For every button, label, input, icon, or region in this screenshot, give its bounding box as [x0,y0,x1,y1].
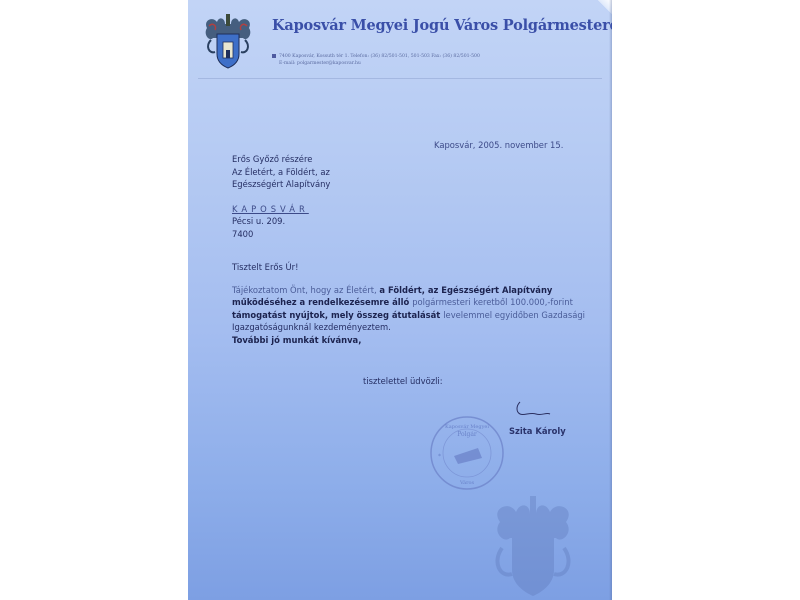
official-stamp-icon: Kaposvár Megyei Polgár Város * [428,414,506,492]
letter-page: Kaposvár Megyei Jogú Város Polgármestere… [188,0,612,600]
svg-text:Polgár: Polgár [457,431,477,438]
letter-date: Kaposvár, 2005. november 15. [434,140,563,150]
organization-title: Kaposvár Megyei Jogú Város Polgármestere [272,17,612,34]
handwritten-signature-icon [514,400,554,420]
closing-line: tisztelettel üdvözli: [363,376,443,386]
svg-text:*: * [438,453,441,460]
salutation: Tisztelt Erős Úr! [232,262,298,272]
recipient-city: KAPOSVÁR [232,203,309,216]
header-divider [198,78,602,79]
recipient-zip: 7400 [232,228,330,241]
body-text: levelemmel egyidőben Gazdasági [443,310,585,320]
coat-of-arms-icon [203,12,253,70]
body-text: működéséhez a rendelkezésemre álló [232,297,412,307]
body-text: További jó munkát kívánva, [232,335,361,345]
address-line: 7400 Kaposvár, Kossuth tér 1. Telefon: (… [279,54,480,59]
body-text: Igazgatóságunknál kezdeményeztem. [232,322,391,332]
recipient-street: Pécsi u. 209. [232,215,330,228]
body-text: a Földért, az Egészségért Alapítvány [379,285,552,295]
body-text: polgármesteri keretből 100.000,-forint [412,297,573,307]
coat-of-arms-watermark-icon [490,492,576,600]
recipient-org-line2: Egészségért Alapítvány [232,178,330,191]
page-edge-shadow [609,0,612,600]
bullet-icon [272,54,276,58]
svg-text:Város: Város [459,479,475,486]
body-text: támogatást nyújtok, mely összeg átutalás… [232,310,443,320]
email-line: E-mail: polgarmester@kaposvar.hu [279,61,361,66]
svg-text:Kaposvár Megyei: Kaposvár Megyei [445,423,489,430]
letter-body: Tájékoztatom Önt, hogy az Életért, a Föl… [232,284,585,346]
recipient-address: Erős Győző részére Az Életért, a Földért… [232,153,330,240]
recipient-org-line1: Az Életért, a Földért, az [232,166,330,179]
recipient-name: Erős Győző részére [232,153,330,166]
letterhead-contact: 7400 Kaposvár, Kossuth tér 1. Telefon: (… [272,53,480,67]
signer-name: Szita Károly [509,426,566,436]
body-text: Tájékoztatom Önt, hogy az Életért, [232,285,379,295]
